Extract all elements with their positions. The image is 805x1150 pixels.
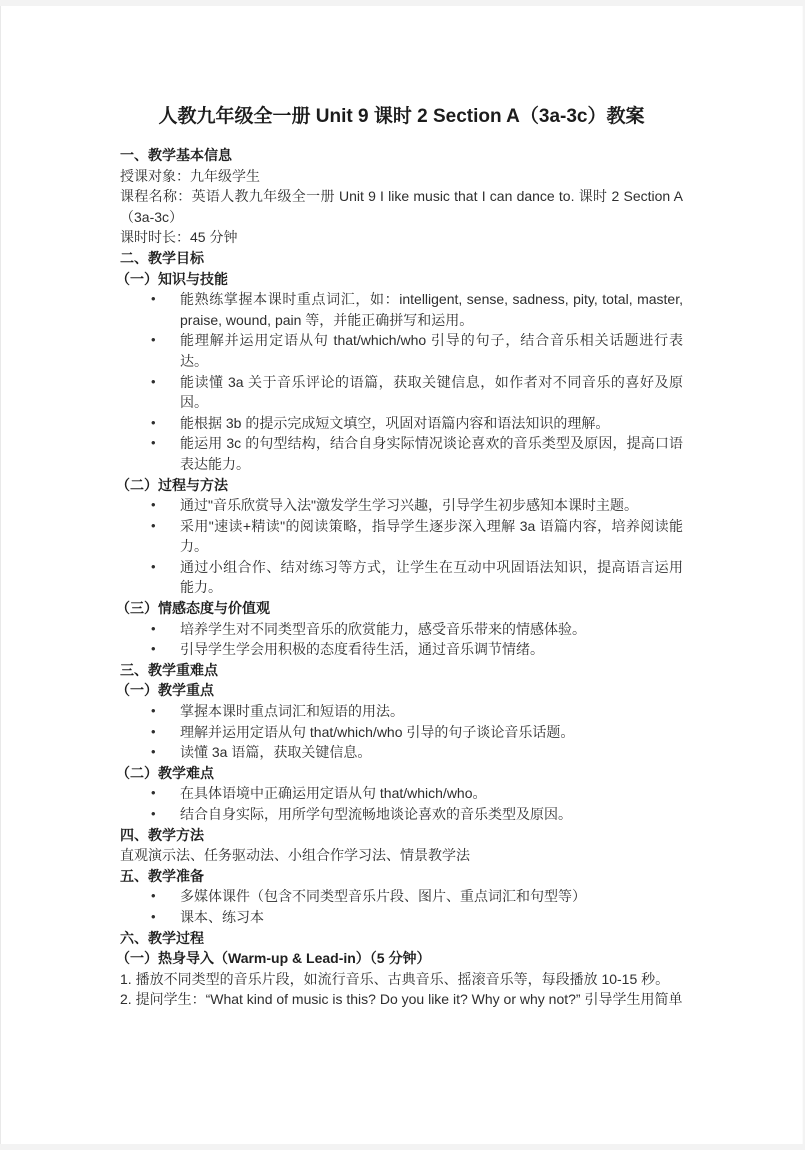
bullet-item: •多媒体课件（包含不同类型音乐片段、图片、重点词汇和句型等） (120, 886, 683, 907)
bullet-text: 能运用 3c 的句型结构，结合自身实际情况谈论喜欢的音乐类型及原因，提高口语表达… (180, 433, 683, 474)
bullet-item: •掌握本课时重点词汇和短语的用法。 (120, 701, 683, 722)
bullet-icon: • (120, 886, 180, 907)
bullet-text: 理解并运用定语从句 that/which/who 引导的句子谈论音乐话题。 (180, 722, 683, 743)
bullet-text: 能熟练掌握本课时重点词汇，如：intelligent, sense, sadne… (180, 289, 683, 330)
bullet-icon: • (120, 330, 180, 371)
bullet-text: 在具体语境中正确运用定语从句 that/which/who。 (180, 783, 683, 804)
section-heading: 六、教学过程 (120, 928, 683, 949)
bullet-item: •能根据 3b 的提示完成短文填空，巩固对语篇内容和语法知识的理解。 (120, 413, 683, 434)
bullet-item: •通过小组合作、结对练习等方式，让学生在互动中巩固语法知识，提高语言运用能力。 (120, 557, 683, 598)
bullet-text: 课本、练习本 (180, 907, 683, 928)
document-body: 一、教学基本信息授课对象：九年级学生课程名称：英语人教九年级全一册 Unit 9… (120, 145, 683, 1010)
paragraph: 课程名称：英语人教九年级全一册 Unit 9 I like music that… (120, 186, 683, 227)
sub-heading: （一）教学重点 (116, 680, 683, 701)
bullet-icon: • (120, 619, 180, 640)
section-heading: 一、教学基本信息 (120, 145, 683, 166)
bullet-icon: • (120, 413, 180, 434)
bullet-text: 结合自身实际，用所学句型流畅地谈论喜欢的音乐类型及原因。 (180, 804, 683, 825)
bullet-icon: • (120, 516, 180, 557)
bullet-item: •采用"速读+精读"的阅读策略，指导学生逐步深入理解 3a 语篇内容，培养阅读能… (120, 516, 683, 557)
sub-heading: （三）情感态度与价值观 (116, 598, 683, 619)
sub-heading: （二）过程与方法 (116, 475, 683, 496)
bullet-item: •结合自身实际，用所学句型流畅地谈论喜欢的音乐类型及原因。 (120, 804, 683, 825)
bullet-item: •在具体语境中正确运用定语从句 that/which/who。 (120, 783, 683, 804)
bullet-item: •理解并运用定语从句 that/which/who 引导的句子谈论音乐话题。 (120, 722, 683, 743)
bullet-icon: • (120, 639, 180, 660)
bullet-text: 读懂 3a 语篇，获取关键信息。 (180, 742, 683, 763)
bullet-item: •能理解并运用定语从句 that/which/who 引导的句子，结合音乐相关话… (120, 330, 683, 371)
bullet-item: •培养学生对不同类型音乐的欣赏能力，感受音乐带来的情感体验。 (120, 619, 683, 640)
paragraph: 课时时长：45 分钟 (120, 227, 683, 248)
bullet-text: 采用"速读+精读"的阅读策略，指导学生逐步深入理解 3a 语篇内容，培养阅读能力… (180, 516, 683, 557)
bullet-icon: • (120, 495, 180, 516)
document-title: 人教九年级全一册 Unit 9 课时 2 Section A（3a-3c）教案 (120, 102, 683, 132)
bullet-item: •读懂 3a 语篇，获取关键信息。 (120, 742, 683, 763)
bullet-text: 能根据 3b 的提示完成短文填空，巩固对语篇内容和语法知识的理解。 (180, 413, 683, 434)
document-content: 人教九年级全一册 Unit 9 课时 2 Section A（3a-3c）教案 … (1, 6, 802, 1010)
bullet-text: 通过"音乐欣赏导入法"激发学生学习兴趣，引导学生初步感知本课时主题。 (180, 495, 683, 516)
bullet-text: 能读懂 3a 关于音乐评论的语篇，获取关键信息，如作者对不同音乐的喜好及原因。 (180, 372, 683, 413)
bullet-item: •引导学生学会用积极的态度看待生活，通过音乐调节情绪。 (120, 639, 683, 660)
section-heading: 四、教学方法 (120, 825, 683, 846)
bullet-icon: • (120, 783, 180, 804)
bullet-item: •能运用 3c 的句型结构，结合自身实际情况谈论喜欢的音乐类型及原因，提高口语表… (120, 433, 683, 474)
bullet-icon: • (120, 372, 180, 413)
bullet-text: 培养学生对不同类型音乐的欣赏能力，感受音乐带来的情感体验。 (180, 619, 683, 640)
bullet-item: •课本、练习本 (120, 907, 683, 928)
bullet-icon: • (120, 907, 180, 928)
bullet-text: 通过小组合作、结对练习等方式，让学生在互动中巩固语法知识，提高语言运用能力。 (180, 557, 683, 598)
bullet-text: 能理解并运用定语从句 that/which/who 引导的句子，结合音乐相关话题… (180, 330, 683, 371)
bullet-icon: • (120, 557, 180, 598)
bullet-icon: • (120, 701, 180, 722)
bullet-item: •通过"音乐欣赏导入法"激发学生学习兴趣，引导学生初步感知本课时主题。 (120, 495, 683, 516)
bullet-icon: • (120, 804, 180, 825)
paragraph: 直观演示法、任务驱动法、小组合作学习法、情景教学法 (120, 845, 683, 866)
section-heading: 五、教学准备 (120, 866, 683, 887)
sub-heading: （一）热身导入（Warm-up & Lead-in）（5 分钟） (116, 948, 683, 969)
paragraph: 2. 提问学生：“What kind of music is this? Do … (120, 989, 683, 1010)
bullet-icon: • (120, 742, 180, 763)
bullet-icon: • (120, 433, 180, 474)
bullet-item: •能熟练掌握本课时重点词汇，如：intelligent, sense, sadn… (120, 289, 683, 330)
paragraph: 1. 播放不同类型的音乐片段，如流行音乐、古典音乐、摇滚音乐等，每段播放 10-… (120, 969, 683, 990)
bullet-icon: • (120, 722, 180, 743)
bullet-item: •能读懂 3a 关于音乐评论的语篇，获取关键信息，如作者对不同音乐的喜好及原因。 (120, 372, 683, 413)
section-heading: 二、教学目标 (120, 248, 683, 269)
section-heading: 三、教学重难点 (120, 660, 683, 681)
bullet-icon: • (120, 289, 180, 330)
sub-heading: （二）教学难点 (116, 763, 683, 784)
bullet-text: 多媒体课件（包含不同类型音乐片段、图片、重点词汇和句型等） (180, 886, 683, 907)
bullet-text: 引导学生学会用积极的态度看待生活，通过音乐调节情绪。 (180, 639, 683, 660)
bullet-text: 掌握本课时重点词汇和短语的用法。 (180, 701, 683, 722)
sub-heading: （一）知识与技能 (116, 269, 683, 290)
paragraph: 授课对象：九年级学生 (120, 166, 683, 187)
document-page: 人教九年级全一册 Unit 9 课时 2 Section A（3a-3c）教案 … (0, 6, 803, 1144)
